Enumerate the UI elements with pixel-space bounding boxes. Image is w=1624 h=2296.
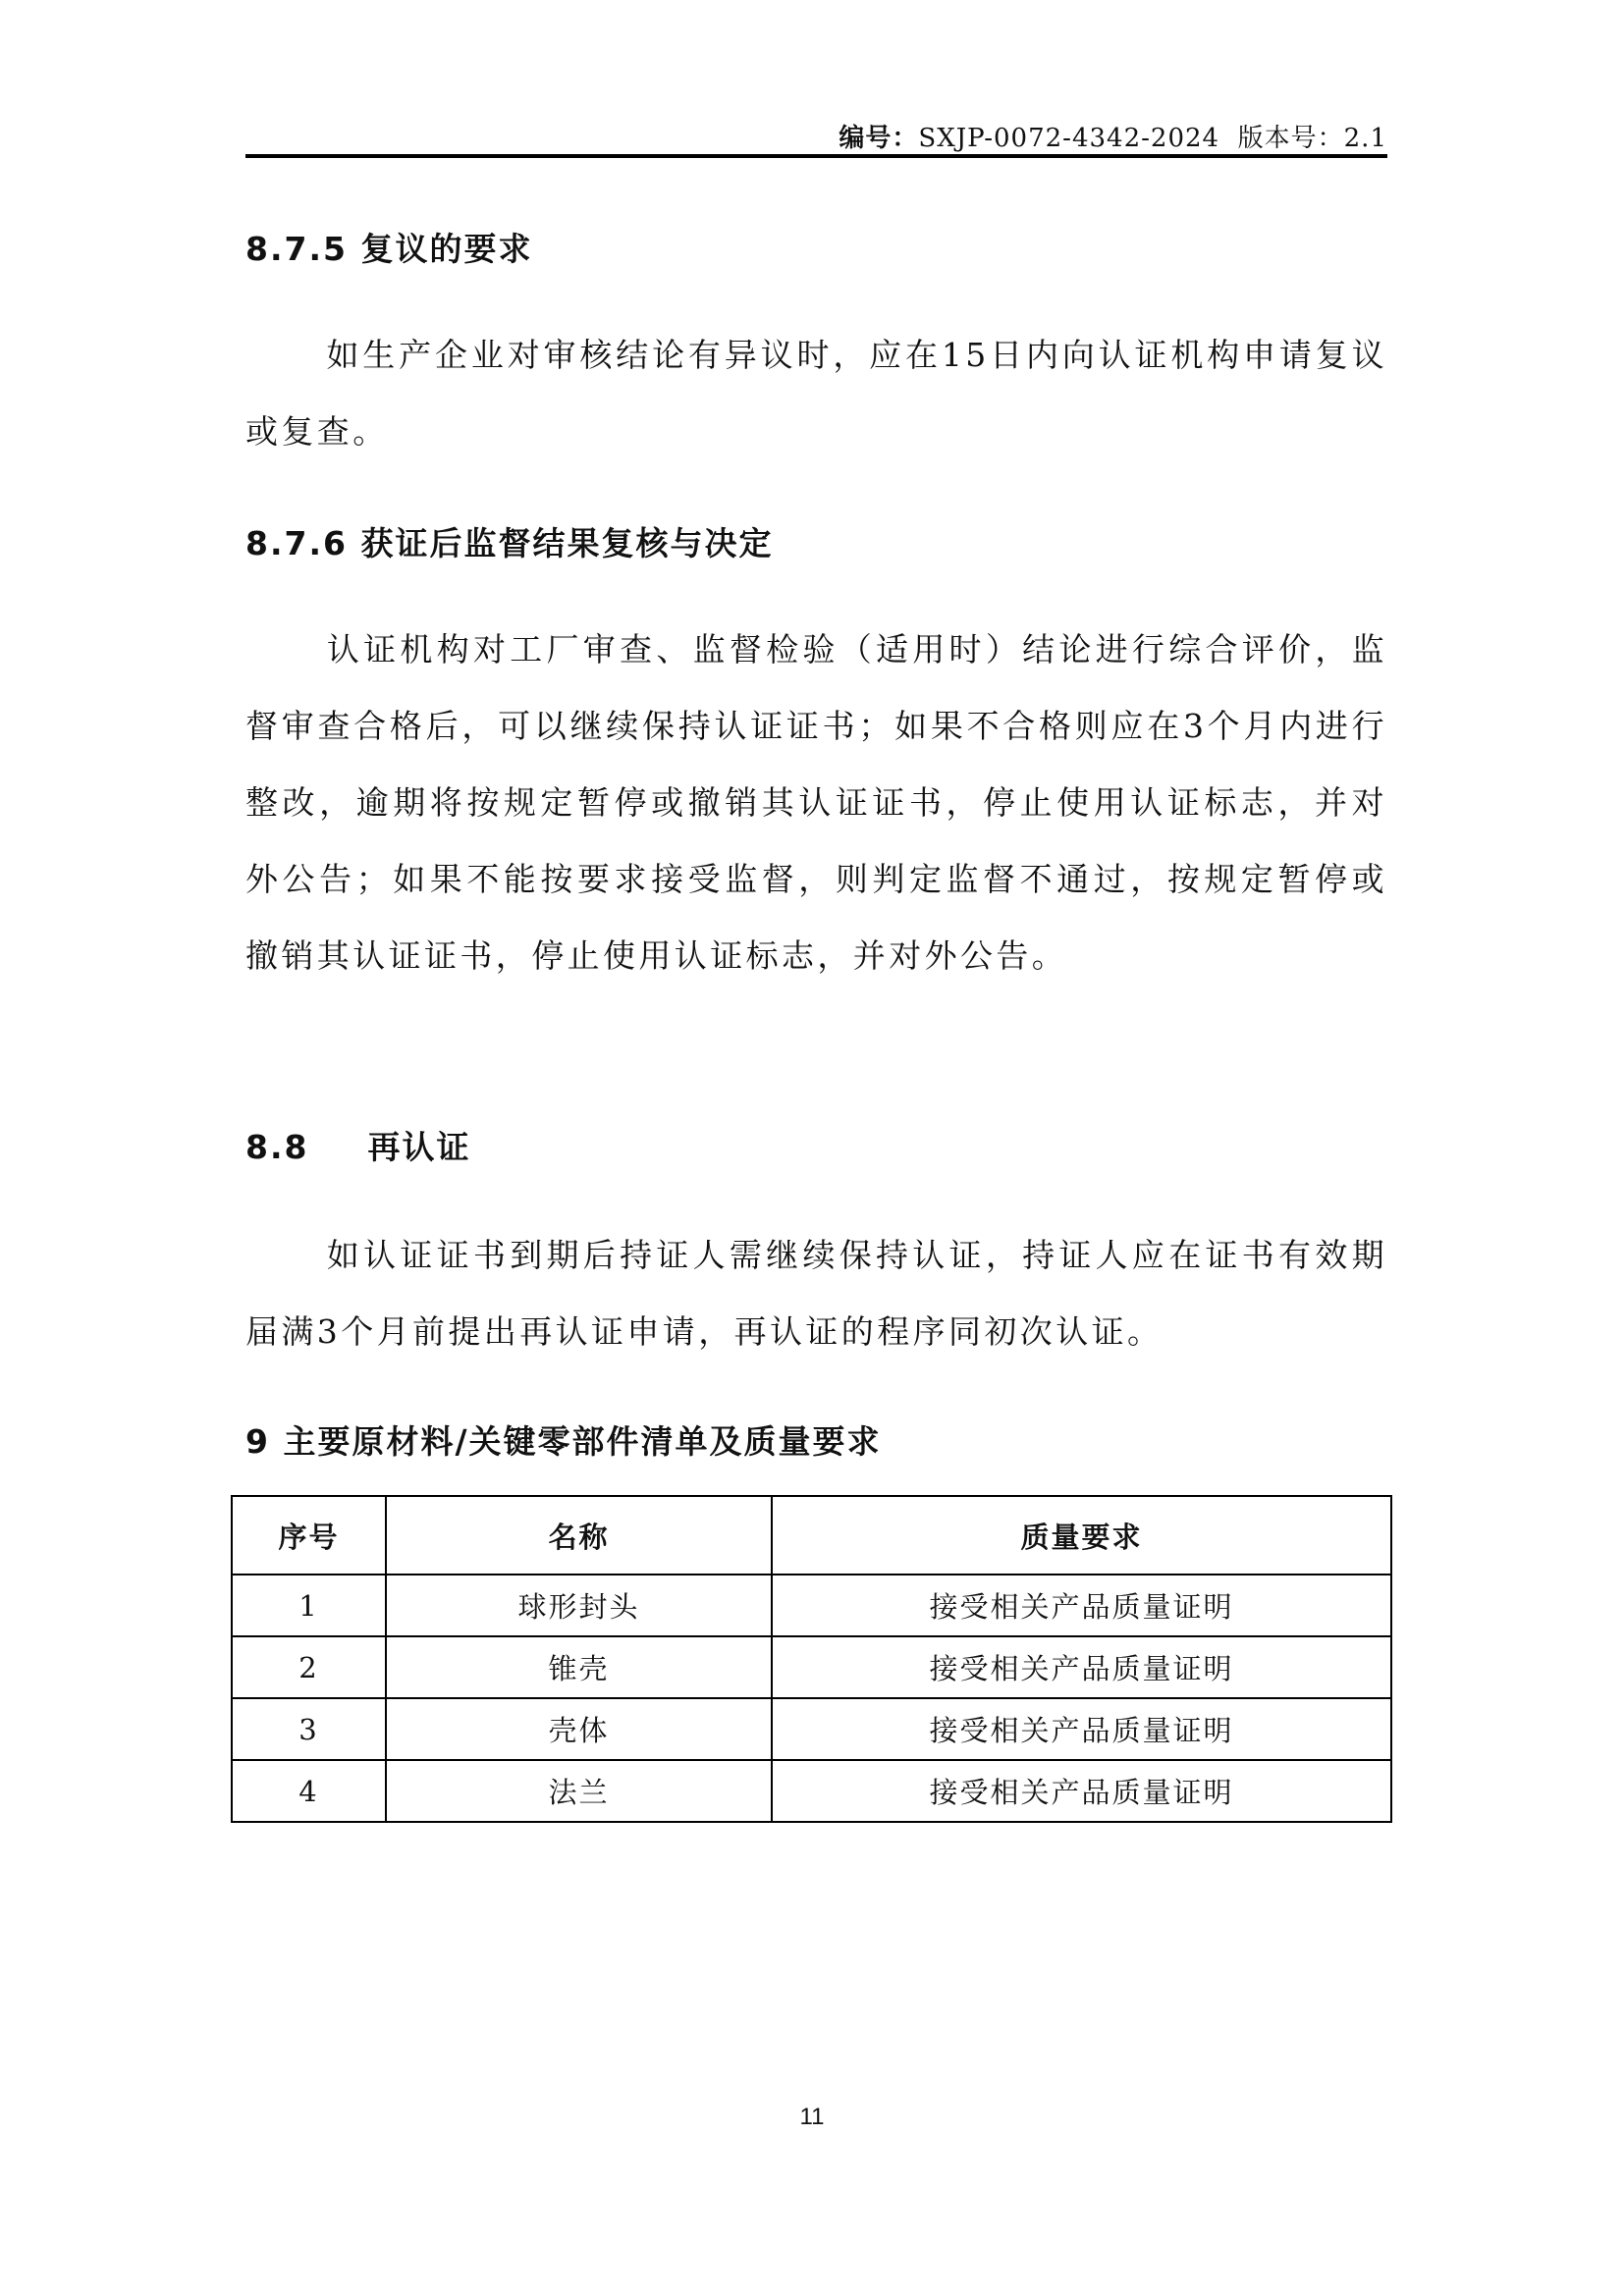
- cell-quality: 接受相关产品质量证明: [772, 1698, 1391, 1760]
- heading-8-7-6: 8.7.6 获证后监督结果复核与决定: [245, 518, 773, 564]
- cell-seq: 3: [232, 1698, 386, 1760]
- materials-table: 序号 名称 质量要求 1 球形封头 接受相关产品质量证明 2 锥壳 接受相关产品…: [231, 1495, 1392, 1823]
- table-row: 1 球形封头 接受相关产品质量证明: [232, 1575, 1391, 1636]
- cell-seq: 4: [232, 1760, 386, 1822]
- cell-name: 球形封头: [386, 1575, 772, 1636]
- table-row: 3 壳体 接受相关产品质量证明: [232, 1698, 1391, 1760]
- cell-name: 壳体: [386, 1698, 772, 1760]
- cell-seq: 2: [232, 1636, 386, 1698]
- heading-9: 9 主要原材料/关键零部件清单及质量要求: [245, 1416, 882, 1463]
- code-label: 编号：: [839, 124, 918, 153]
- cell-quality: 接受相关产品质量证明: [772, 1636, 1391, 1698]
- col-header-seq: 序号: [232, 1496, 386, 1575]
- cell-seq: 1: [232, 1575, 386, 1636]
- col-header-name: 名称: [386, 1496, 772, 1575]
- paragraph-8-7-6: 认证机构对工厂审查、监督检验（适用时）结论进行综合评价，监督审查合格后，可以继续…: [245, 612, 1387, 994]
- cell-quality: 接受相关产品质量证明: [772, 1760, 1391, 1822]
- version-label: 版本号：: [1238, 124, 1344, 153]
- cell-name: 锥壳: [386, 1636, 772, 1698]
- table-row: 4 法兰 接受相关产品质量证明: [232, 1760, 1391, 1822]
- page-number: 11: [0, 2104, 1624, 2131]
- code-value: SXJP-0072-4342-2024: [918, 124, 1219, 153]
- table-header-row: 序号 名称 质量要求: [232, 1496, 1391, 1575]
- heading-8-8: 8.8再认证: [245, 1122, 470, 1168]
- version-value: 2.1: [1344, 124, 1387, 153]
- header-divider: [245, 154, 1387, 158]
- heading-8-7-5: 8.7.5 复议的要求: [245, 224, 532, 270]
- paragraph-8-7-5: 如生产企业对审核结论有异议时，应在15日内向认证机构申请复议或复查。: [245, 317, 1387, 470]
- cell-name: 法兰: [386, 1760, 772, 1822]
- col-header-quality: 质量要求: [772, 1496, 1391, 1575]
- cell-quality: 接受相关产品质量证明: [772, 1575, 1391, 1636]
- document-header: 编号：SXJP-0072-4342-2024 版本号：2.1: [245, 118, 1387, 154]
- paragraph-8-8: 如认证证书到期后持证人需继续保持认证，持证人应在证书有效期届满3个月前提出再认证…: [245, 1217, 1387, 1370]
- table-row: 2 锥壳 接受相关产品质量证明: [232, 1636, 1391, 1698]
